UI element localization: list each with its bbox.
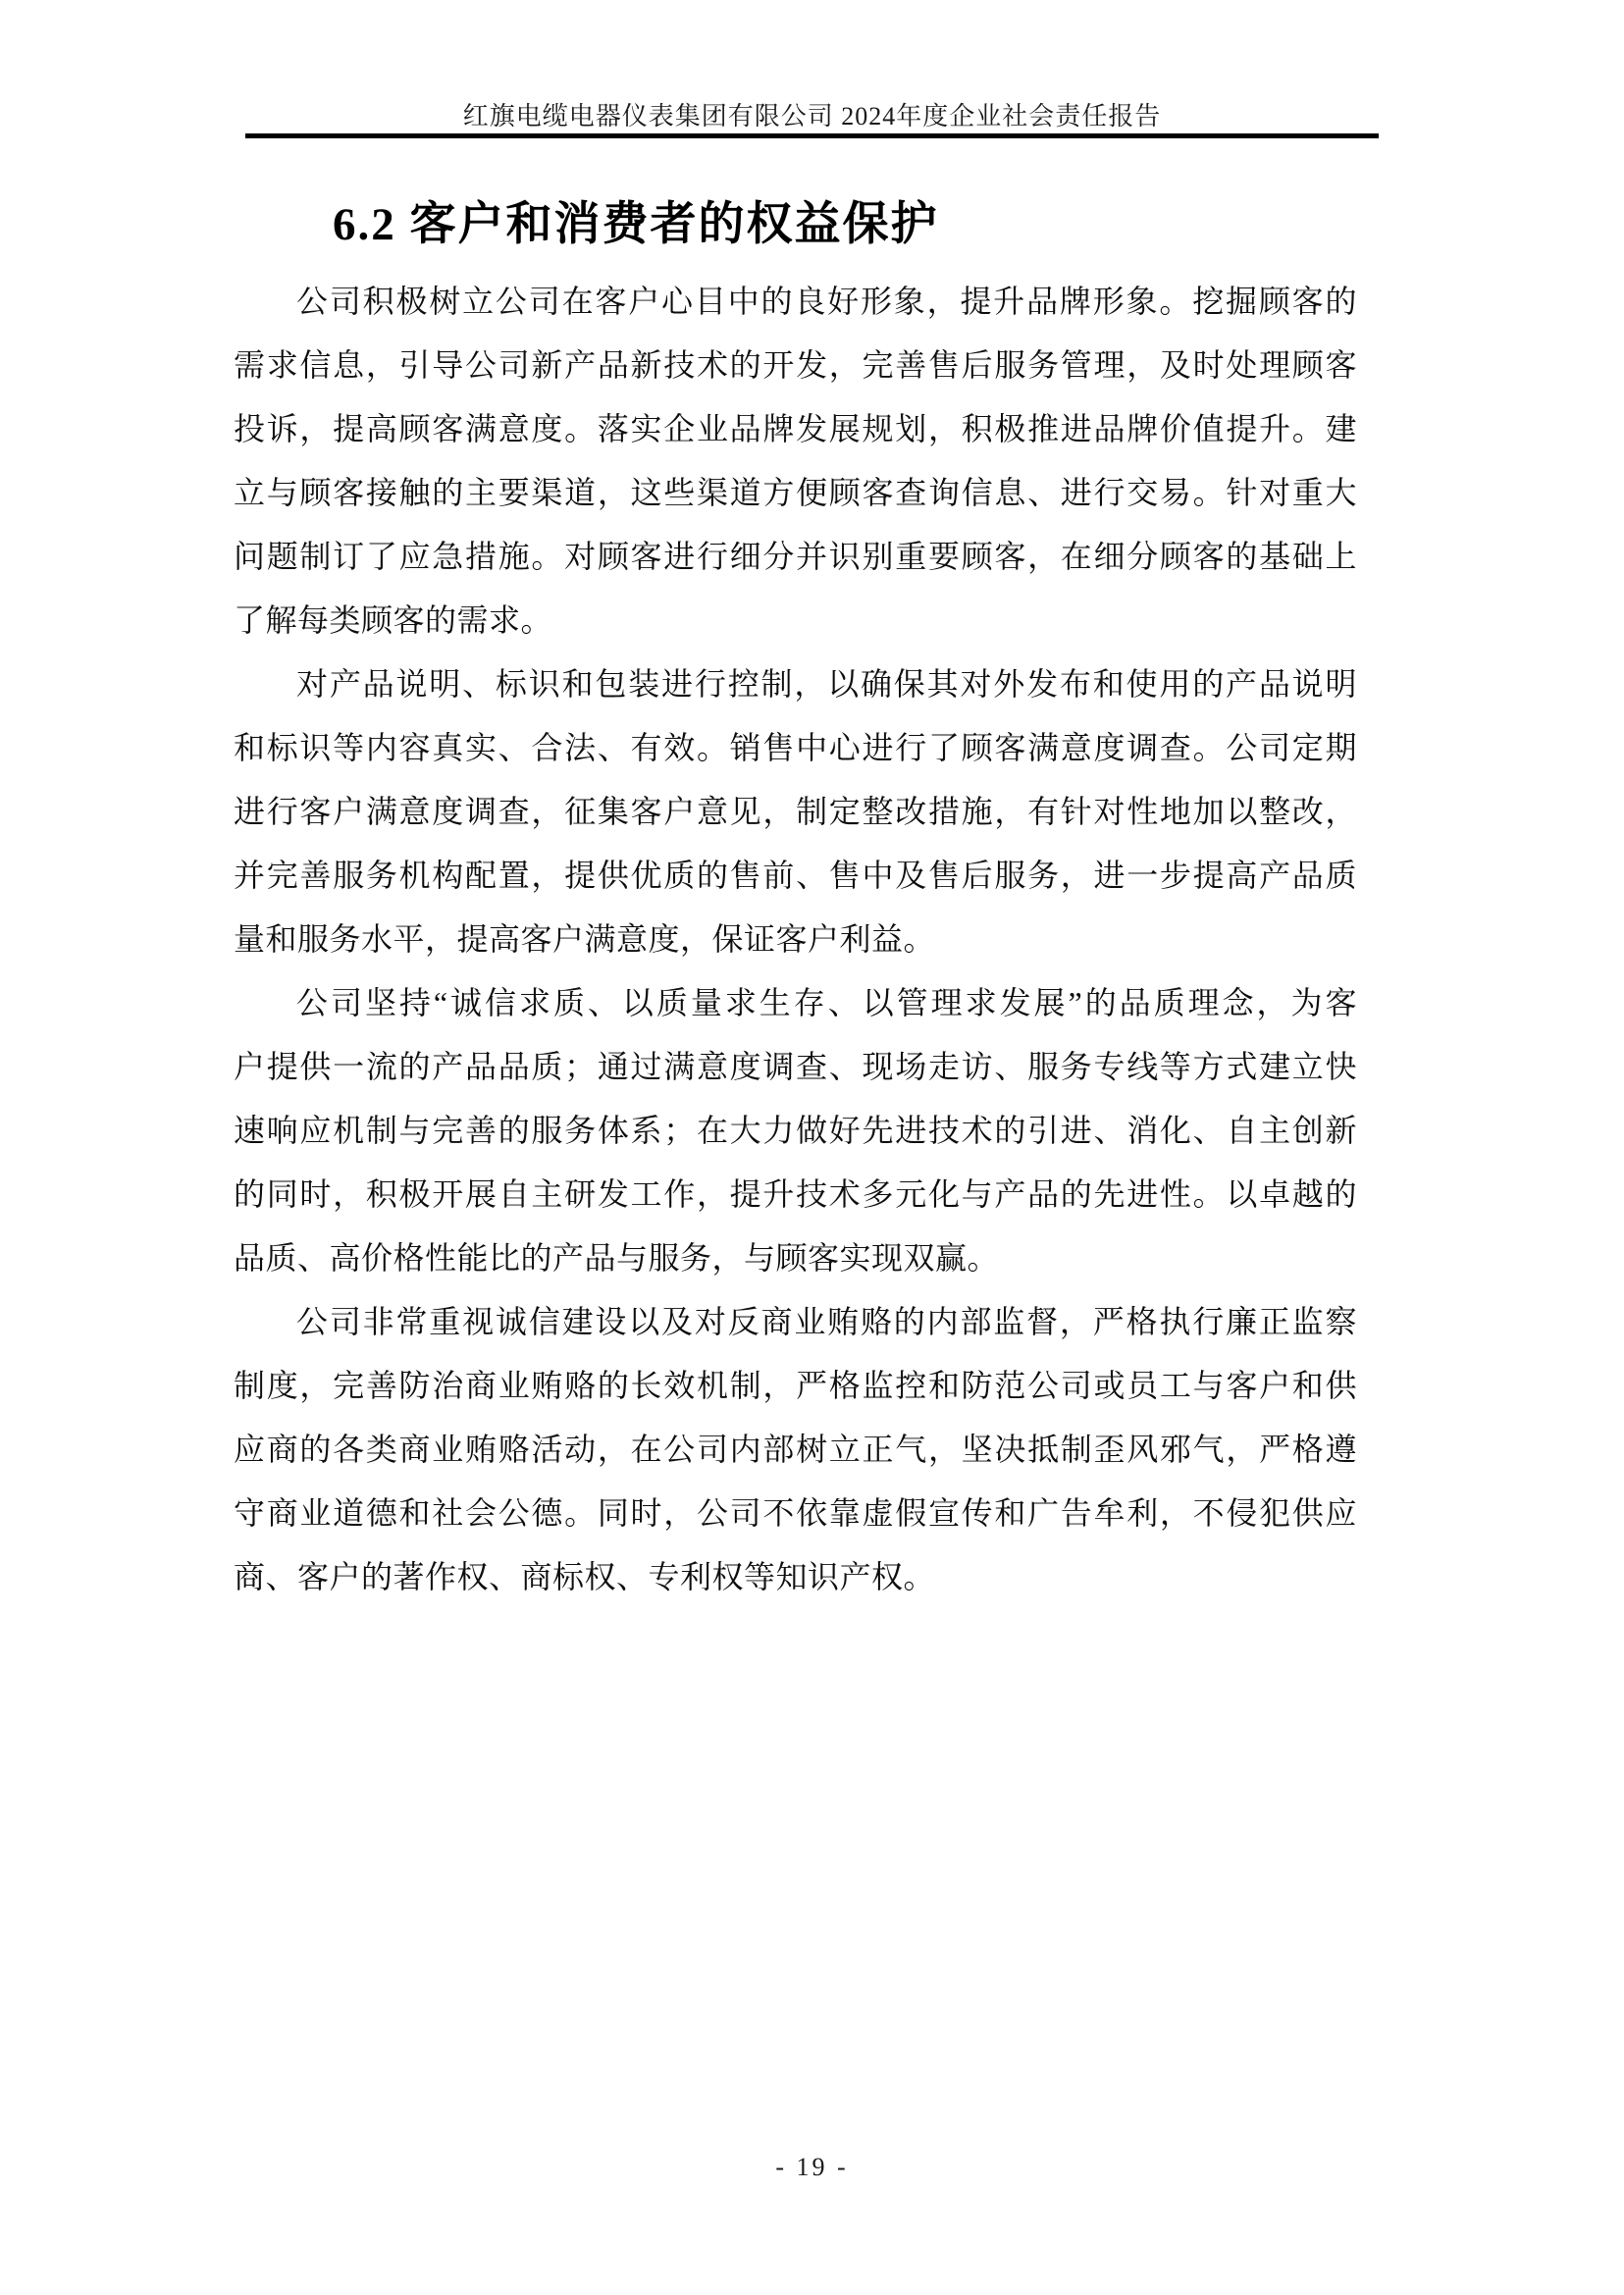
body-line: 投诉，提高顾客满意度。落实企业品牌发展规划，积极推进品牌价值提升。建 (234, 397, 1357, 461)
body-line: 守商业道德和社会公德。同时，公司不依靠虚假宣传和广告牟利，不侵犯供应 (234, 1482, 1357, 1545)
body-line: 的同时，积极开展自主研发工作，提升技术多元化与产品的先进性。以卓越的 (234, 1163, 1357, 1226)
body-line: 户提供一流的产品品质；通过满意度调查、现场走访、服务专线等方式建立快 (234, 1035, 1357, 1099)
body-line: 立与顾客接触的主要渠道，这些渠道方便顾客查询信息、进行交易。针对重大 (234, 461, 1357, 525)
paragraph: 对产品说明、标识和包装进行控制，以确保其对外发布和使用的产品说明和标识等内容真实… (234, 652, 1357, 971)
page-header: 红旗电缆电器仪表集团有限公司 2024年度企业社会责任报告 (245, 96, 1379, 132)
document-page: 红旗电缆电器仪表集团有限公司 2024年度企业社会责任报告 6.2 客户和消费者… (0, 0, 1624, 2295)
paragraph: 公司非常重视诚信建设以及对反商业贿赂的内部监督，严格执行廉正监察制度，完善防治商… (234, 1290, 1357, 1609)
body-line: 进行客户满意度调查，征集客户意见，制定整改措施，有针对性地加以整改， (234, 780, 1357, 844)
body-line: 并完善服务机构配置，提供优质的售前、售中及售后服务，进一步提高产品质 (234, 844, 1357, 908)
paragraph: 公司积极树立公司在客户心目中的良好形象，提升品牌形象。挖掘顾客的需求信息，引导公… (234, 270, 1357, 652)
page-footer: - 19 - (0, 2153, 1624, 2182)
document-body: 公司积极树立公司在客户心目中的良好形象，提升品牌形象。挖掘顾客的需求信息，引导公… (234, 270, 1357, 1609)
body-line: 对产品说明、标识和包装进行控制，以确保其对外发布和使用的产品说明 (234, 652, 1357, 716)
header-rule (245, 133, 1379, 138)
paragraph: 公司坚持“诚信求质、以质量求生存、以管理求发展”的品质理念，为客户提供一流的产品… (234, 971, 1357, 1290)
body-line: 商、客户的著作权、商标权、专利权等知识产权。 (234, 1545, 1357, 1609)
body-line: 量和服务水平，提高客户满意度，保证客户利益。 (234, 908, 1357, 971)
body-line: 速响应机制与完善的服务体系；在大力做好先进技术的引进、消化、自主创新 (234, 1099, 1357, 1163)
body-line: 应商的各类商业贿赂活动，在公司内部树立正气，坚决抵制歪风邪气，严格遵 (234, 1418, 1357, 1482)
body-line: 和标识等内容真实、合法、有效。销售中心进行了顾客满意度调查。公司定期 (234, 716, 1357, 780)
body-line: 公司坚持“诚信求质、以质量求生存、以管理求发展”的品质理念，为客 (234, 971, 1357, 1035)
body-line: 公司积极树立公司在客户心目中的良好形象，提升品牌形象。挖掘顾客的 (234, 270, 1357, 334)
body-line: 公司非常重视诚信建设以及对反商业贿赂的内部监督，严格执行廉正监察 (234, 1290, 1357, 1354)
body-line: 问题制订了应急措施。对顾客进行细分并识别重要顾客，在细分顾客的基础上 (234, 525, 1357, 589)
body-line: 品质、高价格性能比的产品与服务，与顾客实现双赢。 (234, 1226, 1357, 1290)
section-heading: 6.2 客户和消费者的权益保护 (333, 202, 939, 248)
header-text: 红旗电缆电器仪表集团有限公司 2024年度企业社会责任报告 (463, 102, 1162, 130)
body-line: 需求信息，引导公司新产品新技术的开发，完善售后服务管理，及时处理顾客 (234, 334, 1357, 397)
body-line: 制度，完善防治商业贿赂的长效机制，严格监控和防范公司或员工与客户和供 (234, 1354, 1357, 1418)
page-number: - 19 - (775, 2153, 848, 2181)
body-line: 了解每类顾客的需求。 (234, 589, 1357, 652)
